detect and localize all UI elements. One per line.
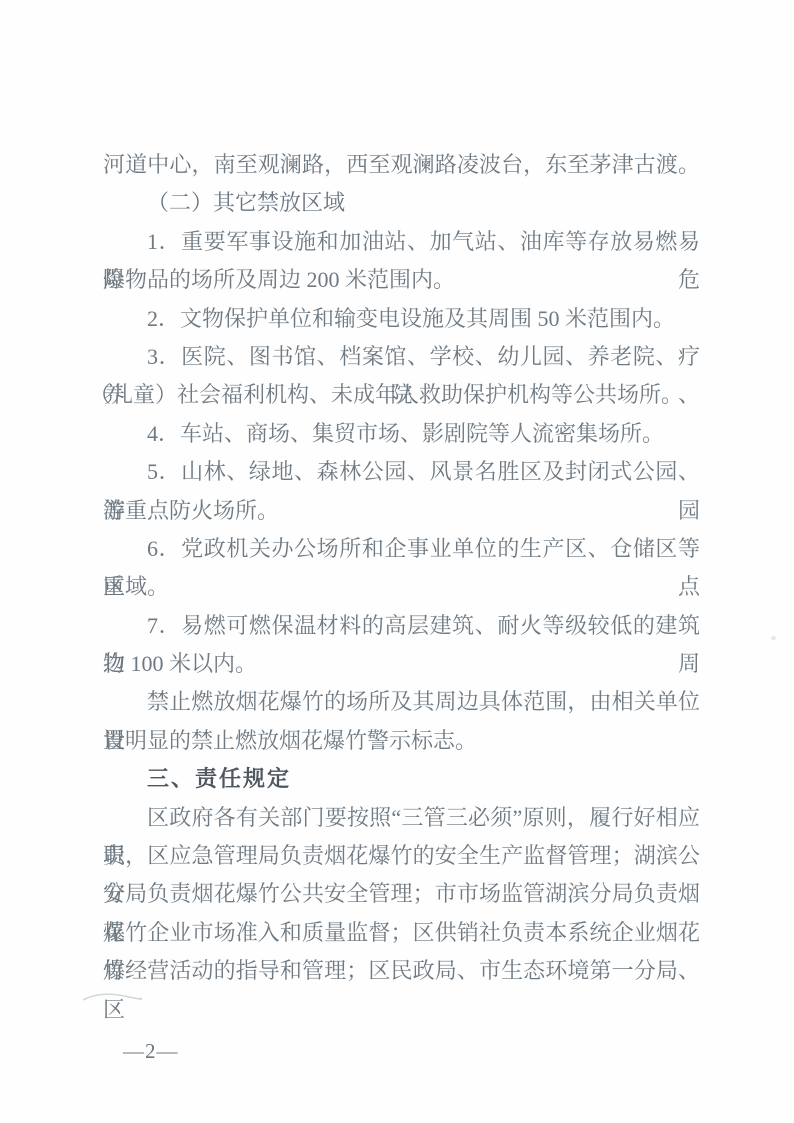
responsibility-line-2: 责，区应急管理局负责烟花爆竹的安全生产监督管理；湖滨公安 [103,837,700,875]
responsibility-line-5: 竹经营活动的指导和管理；区民政局、市生态环境第一分局、区 [103,952,700,990]
responsibility-line-4: 爆竹企业市场准入和质量监督；区供销社负责本系统企业烟花爆 [103,914,700,952]
list-item-1-line-1: 1．重要军事设施和加油站、加气站、油库等存放易燃易爆危 [103,223,700,261]
list-item-5-line-1: 5．山林、绿地、森林公园、风景名胜区及封闭式公园、游园 [103,453,700,491]
list-item-3-line-1: 3．医院、图书馆、档案馆、学校、幼儿园、养老院、疗养院、 [103,338,700,376]
list-item-4: 4．车站、商场、集贸市场、影剧院等人流密集场所。 [103,415,700,453]
list-item-2: 2．文物保护单位和输变电设施及其周围 50 米范围内。 [103,300,700,338]
section-heading-other-zones: （二）其它禁放区域 [103,184,700,222]
document-page: 河道中心，南至观澜路，西至观澜路凌波台，东至茅津古渡。 （二）其它禁放区域 1．… [0,0,794,1123]
responsibility-line-1: 区政府各有关部门要按照“三管三必须”原则，履行好相应职 [103,799,700,837]
sign-notice-line-1: 禁止燃放烟花爆竹的场所及其周边具体范围，由相关单位设 [103,683,700,721]
list-item-3-line-2: （儿童）社会福利机构、未成年人救助保护机构等公共场所。 [103,376,700,414]
scan-stroke-artifact [82,990,142,1004]
sign-notice-line-2: 置明显的禁止燃放烟花爆竹警示标志。 [103,722,700,760]
page-number: —2— [123,1036,179,1066]
responsibility-line-3: 分局负责烟花爆竹公共安全管理；市市场监管湖滨分局负责烟花 [103,875,700,913]
body-line: 河道中心，南至观澜路，西至观澜路凌波台，东至茅津古渡。 [103,146,700,184]
document-body: 河道中心，南至观澜路，西至观澜路凌波台，东至茅津古渡。 （二）其它禁放区域 1．… [103,146,700,991]
scan-dot-artifact [771,636,776,640]
section-heading-responsibility: 三、责任规定 [103,760,700,798]
list-item-7-line-1: 7．易燃可燃保温材料的高层建筑、耐火等级较低的建筑物周 [103,607,700,645]
list-item-6-line-1: 6．党政机关办公场所和企事业单位的生产区、仓储区等重点 [103,530,700,568]
